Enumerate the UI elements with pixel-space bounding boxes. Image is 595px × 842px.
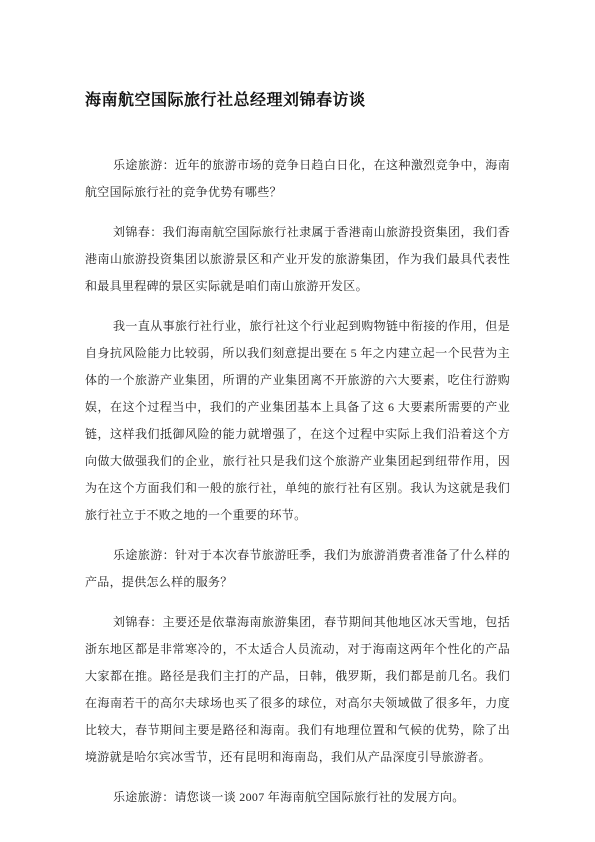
document-title: 海南航空国际旅行社总经理刘锦春访谈	[85, 90, 510, 112]
paragraph: 乐途旅游：近年的旅游市场的竞争日趋白日化，在这种激烈竞争中，海南航空国际旅行社的…	[85, 152, 510, 206]
paragraph: 刘锦春：我们海南航空国际旅行社隶属于香港南山旅游投资集团，我们香港南山旅游投资集…	[85, 219, 510, 300]
paragraph: 我一直从事旅行社行业，旅行社这个行业起到购物链中衔接的作用，但是自身抗风险能力比…	[85, 313, 510, 529]
paragraph: 乐途旅游：针对于本次春节旅游旺季，我们为旅游消费者准备了什么样的产品，提供怎么样…	[85, 542, 510, 596]
paragraph: 刘锦春：主要还是依靠海南旅游集团，春节期间其他地区冰天雪地，包括浙东地区都是非常…	[85, 609, 510, 771]
paragraph: 乐途旅游：请您谈一谈 2007 年海南航空国际旅行社的发展方向。	[85, 784, 510, 811]
document-body: 乐途旅游：近年的旅游市场的竞争日趋白日化，在这种激烈竞争中，海南航空国际旅行社的…	[85, 152, 510, 811]
document-page: 海南航空国际旅行社总经理刘锦春访谈 乐途旅游：近年的旅游市场的竞争日趋白日化，在…	[0, 0, 595, 842]
